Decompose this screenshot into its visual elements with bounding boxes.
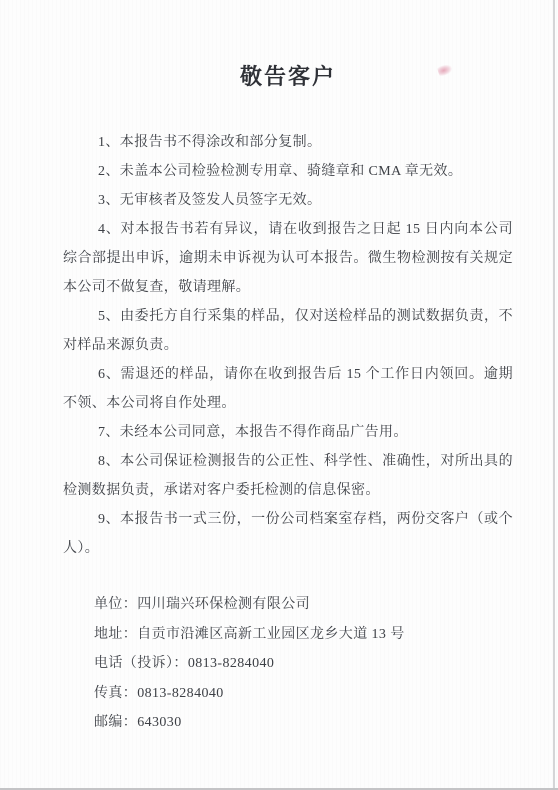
page-edge-right bbox=[553, 0, 555, 790]
contact-unit: 单位：四川瑞兴环保检测有限公司 bbox=[94, 590, 513, 620]
document-content: 敬告客户 1、本报告书不得涂改和部分复制。 2、未盖本公司检验检测专用章、骑缝章… bbox=[63, 0, 513, 738]
contact-unit-value: 四川瑞兴环保检测有限公司 bbox=[137, 597, 310, 612]
contact-address-value: 自贡市沿滩区高新工业园区龙乡大道 13 号 bbox=[137, 627, 404, 642]
contact-address: 地址：自贡市沿滩区高新工业园区龙乡大道 13 号 bbox=[94, 620, 513, 650]
notice-item-9: 9、本报告书一式三份，一份公司档案室存档，两份交客户（或个人）。 bbox=[63, 505, 513, 563]
notice-list: 1、本报告书不得涂改和部分复制。 2、未盖本公司检验检测专用章、骑缝章和 CMA… bbox=[63, 128, 513, 563]
contact-phone-value: 0813-8284040 bbox=[188, 656, 274, 671]
notice-item-3: 3、无审核者及签发人员签字无效。 bbox=[63, 186, 513, 215]
notice-item-2: 2、未盖本公司检验检测专用章、骑缝章和 CMA 章无效。 bbox=[63, 157, 513, 186]
contact-postal-label: 邮编： bbox=[94, 715, 137, 730]
contact-phone-label: 电话（投诉）： bbox=[94, 656, 188, 671]
contact-fax-value: 0813-8284040 bbox=[137, 686, 223, 701]
contact-address-label: 地址： bbox=[94, 627, 137, 642]
notice-item-6: 6、需退还的样品，请你在收到报告后 15 个工作日内领回。逾期不领、本公司将自作… bbox=[63, 360, 513, 418]
notice-item-5: 5、由委托方自行采集的样品，仅对送检样品的测试数据负责，不对样品来源负责。 bbox=[63, 302, 513, 360]
scanned-document-page: 敬告客户 1、本报告书不得涂改和部分复制。 2、未盖本公司检验检测专用章、骑缝章… bbox=[0, 0, 558, 790]
notice-item-7: 7、未经本公司同意，本报告不得作商品广告用。 bbox=[63, 418, 513, 447]
contact-fax-label: 传真： bbox=[94, 686, 137, 701]
notice-item-1: 1、本报告书不得涂改和部分复制。 bbox=[63, 128, 513, 157]
contact-block: 单位：四川瑞兴环保检测有限公司 地址：自贡市沿滩区高新工业园区龙乡大道 13 号… bbox=[94, 590, 513, 738]
contact-unit-label: 单位： bbox=[94, 597, 137, 612]
notice-item-4: 4、对本报告书若有异议，请在收到报告之日起 15 日内向本公司综合部提出申诉，逾… bbox=[63, 215, 513, 302]
contact-phone: 电话（投诉）：0813-8284040 bbox=[94, 649, 513, 679]
contact-postal-value: 643030 bbox=[137, 715, 181, 730]
notice-item-8: 8、本公司保证检测报告的公正性、科学性、准确性，对所出具的检测数据负责，承诺对客… bbox=[63, 447, 513, 505]
page-title: 敬告客户 bbox=[63, 64, 513, 90]
contact-fax: 传真：0813-8284040 bbox=[94, 679, 513, 709]
contact-postal: 邮编：643030 bbox=[94, 708, 513, 738]
